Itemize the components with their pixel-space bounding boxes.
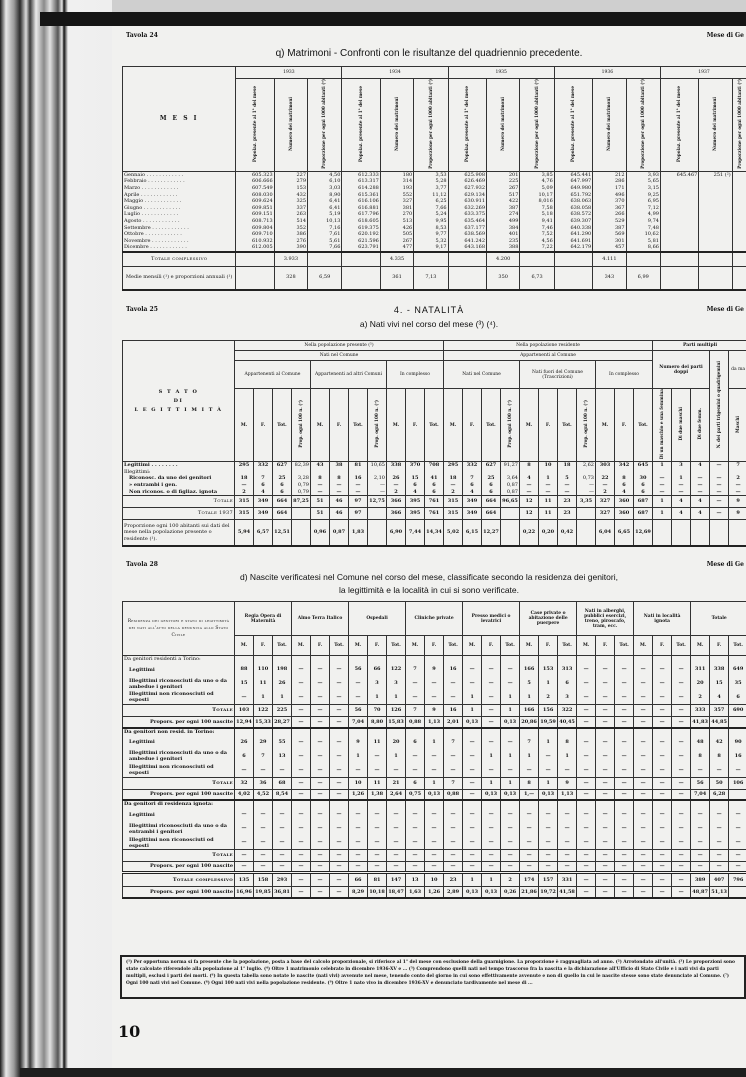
subcol-header: Popolaz. presente al 1° del mese bbox=[660, 79, 698, 172]
parti-doppi-header: Numero dei parti doppi bbox=[653, 351, 710, 389]
births-table: S T A T ODIL E G I T T I M I T À Nella p… bbox=[122, 340, 746, 547]
mft-header: F. bbox=[425, 636, 444, 656]
mft-header: F. bbox=[311, 636, 330, 656]
table-row: Non riconos. o di figliaz. ignota2460,79… bbox=[123, 489, 746, 496]
mft-header: Prop. ogni 100 n. (⁷) bbox=[501, 389, 520, 462]
table-row: Luglio . . . . . . . . . . . .609.151263… bbox=[123, 211, 746, 218]
month-label: Marzo . . . . . . . . . . . . bbox=[123, 185, 236, 192]
table-row: Illegittimi non riconosciuti od esposti—… bbox=[123, 836, 746, 850]
table-row: Ottobre . . . . . . . . . . . .609.71038… bbox=[123, 231, 746, 238]
parti-col-header: Di due maschi bbox=[672, 389, 691, 462]
subcol-header: Numero dei matrimoni bbox=[593, 79, 626, 172]
table-row: Illegittimi riconosciuti da uno o da amb… bbox=[123, 677, 746, 691]
year-header: 1937 bbox=[660, 67, 746, 79]
subcol-header: Proporzione per ogni 1000 abitanti (¹) bbox=[732, 79, 746, 172]
section-heading: Da genitori residenti a Torino: bbox=[123, 656, 235, 663]
mft-header: Tot. bbox=[330, 636, 349, 656]
mft-header: F. bbox=[615, 389, 634, 462]
mft-header: M. bbox=[520, 636, 539, 656]
table-row: Riconosc. da uno dei genitori187253,2888… bbox=[123, 475, 746, 482]
mft-header: M. bbox=[387, 389, 406, 462]
location-group-header: Case private o abitazione delle puerpere bbox=[520, 602, 577, 636]
mft-header: Tot. bbox=[558, 389, 577, 462]
mft-header: Prop. ogni 100 n. (⁷) bbox=[577, 389, 596, 462]
section-title: 4. - NATALITÀ bbox=[112, 305, 746, 315]
mft-header: Tot. bbox=[634, 389, 653, 462]
table-row: Gennaio . . . . . . . . . . . .605.32322… bbox=[123, 171, 746, 178]
tavola-24-label: Tavola 24 bbox=[126, 32, 158, 39]
mft-header: Tot. bbox=[558, 636, 577, 656]
appartenenti-header: Appartenenti al Comune bbox=[444, 351, 653, 361]
mft-header: F. bbox=[539, 636, 558, 656]
marriages-table: M E S I 1933 1934 1935 1936 1937 Popolaz… bbox=[122, 66, 746, 291]
subcol-header: Proporzione per ogni 1000 abitanti (¹) bbox=[414, 79, 448, 172]
medie-label: Medie mensili (¹) e proporzioni annuali … bbox=[123, 266, 236, 290]
subcol-header: Popolaz. presente al 1° del mese bbox=[448, 79, 486, 172]
table-row: » entrambi i gen.—660,79—————66—660,87——… bbox=[123, 482, 746, 489]
location-group-header: Almo Terra Italico bbox=[292, 602, 349, 636]
month-label: Agosto . . . . . . . . . . . . bbox=[123, 218, 236, 225]
table-row: Agosto . . . . . . . . . . . .608.713514… bbox=[123, 218, 746, 225]
mft-header: Tot. bbox=[615, 636, 634, 656]
table-row: Maggio . . . . . . . . . . . .609.624325… bbox=[123, 198, 746, 205]
mft-header: Prop. ogni 100 n. (⁷) bbox=[292, 389, 311, 462]
table-row: Totale 193731534966451469736639576131534… bbox=[123, 508, 746, 520]
scan-top-edge bbox=[40, 12, 746, 26]
residente-header: Nella popolazione residente bbox=[444, 341, 653, 351]
location-group-header: Presso medici o levatrici bbox=[463, 602, 520, 636]
mft-header: F. bbox=[596, 636, 615, 656]
table-row: Dicembre . . . . . . . . . . . .612.0053… bbox=[123, 244, 746, 252]
month-label: Maggio . . . . . . . . . . . . bbox=[123, 198, 236, 205]
mft-header: Tot. bbox=[501, 636, 520, 656]
mft-header: Tot. bbox=[672, 636, 691, 656]
mft-header: F. bbox=[254, 636, 273, 656]
mft-header: M. bbox=[444, 389, 463, 462]
nati-comune-header: Nati nel Comune bbox=[235, 351, 444, 361]
subcol-header: Popolaz. presente al 1° del mese bbox=[236, 79, 274, 172]
stato-legittimita-header: S T A T ODIL E G I T T I M I T À bbox=[123, 341, 235, 462]
month-label: Aprile . . . . . . . . . . . . bbox=[123, 192, 236, 199]
book-binding-edge bbox=[0, 0, 112, 1077]
subcol-header: Popolaz. presente al 1° del mese bbox=[554, 79, 592, 172]
table-row: Illegittimi non riconosciuti od esposti—… bbox=[123, 691, 746, 705]
subcol-header: Proporzione per ogni 1000 abitanti (¹) bbox=[520, 79, 554, 172]
subcol-header: Numero dei matrimoni bbox=[380, 79, 413, 172]
year-header: 1936 bbox=[554, 67, 660, 79]
mft-header: F. bbox=[254, 389, 273, 462]
year-header: 1933 bbox=[236, 67, 342, 79]
scan-bottom-edge bbox=[20, 1068, 746, 1077]
month-label: Ottobre . . . . . . . . . . . . bbox=[123, 231, 236, 238]
mft-header: M. bbox=[311, 389, 330, 462]
document-page: Tavola 24 Mese di Ge q) Matrimoni - Conf… bbox=[112, 26, 746, 1068]
table-row: Settembre . . . . . . . . . . . .609.804… bbox=[123, 225, 746, 232]
mft-header: F. bbox=[482, 636, 501, 656]
mft-header: M. bbox=[596, 389, 615, 462]
table-row: Legittimi . . . . . . . .29533262782,394… bbox=[123, 462, 746, 469]
month-label: Gennaio . . . . . . . . . . . . bbox=[123, 171, 236, 178]
parti-multipli-header: Parti multipli bbox=[653, 341, 746, 351]
section-heading: Da genitori non resid. in Torino: bbox=[123, 728, 235, 736]
mft-header: F. bbox=[368, 636, 387, 656]
location-group-header: Totale bbox=[691, 602, 746, 636]
subcol-header: Proporzione per ogni 1000 abitanti (¹) bbox=[626, 79, 660, 172]
subcol-header: Popolaz. presente al 1° del mese bbox=[342, 79, 380, 172]
location-group-header: Regia Opera di Maternità bbox=[235, 602, 292, 636]
mft-header: M. bbox=[634, 636, 653, 656]
mft-header: M. bbox=[349, 636, 368, 656]
table-row: Aprile . . . . . . . . . . . .608.030432… bbox=[123, 192, 746, 199]
mft-header: M. bbox=[235, 389, 254, 462]
mft-header: M. bbox=[463, 636, 482, 656]
year-header: 1934 bbox=[342, 67, 448, 79]
mft-header: F. bbox=[653, 636, 672, 656]
subcol-header: Numero dei matrimoni bbox=[487, 79, 520, 172]
mft-header: F. bbox=[406, 389, 425, 462]
mft-header: Prop. ogni 100 n. (⁷) bbox=[368, 389, 387, 462]
subcol-header: Numero dei matrimoni bbox=[699, 79, 732, 172]
table-row: Marzo . . . . . . . . . . . .607.5491533… bbox=[123, 185, 746, 192]
location-group-header: Cliniche private bbox=[406, 602, 463, 636]
mft-header: Tot. bbox=[729, 636, 746, 656]
mft-header: Tot. bbox=[425, 389, 444, 462]
subcol-header: Proporzione per ogni 1000 abitanti (¹) bbox=[308, 79, 342, 172]
mft-header: F. bbox=[330, 389, 349, 462]
table-row: Illegittimi: bbox=[123, 469, 746, 476]
mft-header: F. bbox=[539, 389, 558, 462]
month-label: Dicembre . . . . . . . . . . . . bbox=[123, 244, 236, 252]
location-group-header: Nati in alberghi, pubblici esercizi, tre… bbox=[577, 602, 634, 636]
mft-header: Tot. bbox=[482, 389, 501, 462]
mft-header: M. bbox=[691, 636, 710, 656]
subcol-header: Numero dei matrimoni bbox=[274, 79, 307, 172]
mft-header: Tot. bbox=[387, 636, 406, 656]
table-row: Febbraio . . . . . . . . . . . .606.6662… bbox=[123, 178, 746, 185]
mft-header: Tot. bbox=[273, 636, 292, 656]
mft-header: Tot. bbox=[273, 389, 292, 462]
section-heading: Da genitori di residenza ignota: bbox=[123, 800, 235, 808]
month-label: Luglio . . . . . . . . . . . . bbox=[123, 211, 236, 218]
mft-header: M. bbox=[406, 636, 425, 656]
table-row: Totale31534966487,2551469712,75366395761… bbox=[123, 496, 746, 508]
table-row: Legittimi——————————————————————————— bbox=[123, 808, 746, 822]
page-number: 10 bbox=[118, 1022, 140, 1041]
mft-header: M. bbox=[577, 636, 596, 656]
table-row: Legittimi262955———91120617———718——————48… bbox=[123, 735, 746, 749]
births-by-location-table: Residenza dei genitori e stato di legitt… bbox=[122, 601, 746, 899]
tavola-25-title: a) Nati vivi nel corso del mese (³) (⁴). bbox=[112, 319, 746, 329]
mft-header: Tot. bbox=[349, 389, 368, 462]
month-header: Mese di Ge bbox=[707, 561, 744, 568]
year-header: 1935 bbox=[448, 67, 554, 79]
mesi-header: M E S I bbox=[123, 67, 236, 172]
mft-header: M. bbox=[292, 636, 311, 656]
location-group-header: Ospedali bbox=[349, 602, 406, 636]
mft-header: F. bbox=[710, 636, 729, 656]
mft-header: M. bbox=[235, 636, 254, 656]
tavola-28-label: Tavola 28 bbox=[126, 561, 158, 568]
month-label: Settembre . . . . . . . . . . . . bbox=[123, 225, 236, 232]
presente-header: Nella popolazione presente (⁵) bbox=[235, 341, 444, 351]
residenza-header: Residenza dei genitori e stato di legitt… bbox=[123, 602, 235, 656]
table-row: Illegittimi non riconosciuti od esposti—… bbox=[123, 763, 746, 777]
table-row: Legittimi88110198———56661227916———166153… bbox=[123, 663, 746, 677]
tavola-24-title: q) Matrimoni - Confronti con le risultan… bbox=[112, 48, 746, 59]
mft-header: M. bbox=[520, 389, 539, 462]
parti-col-header: Di due femm. bbox=[691, 389, 710, 462]
month-header: Mese di Ge bbox=[707, 32, 744, 39]
table-row: Illegittimi riconosciuti da uno o da ent… bbox=[123, 822, 746, 836]
month-label: Novembre . . . . . . . . . . . . bbox=[123, 238, 236, 245]
tavola-28-title-2: la legittimità e la località in cui si s… bbox=[112, 585, 746, 595]
footnotes: (¹) Per opportuna norma si fa presente c… bbox=[120, 955, 746, 999]
parti-col-header: Di un maschio e una femmina bbox=[653, 389, 672, 462]
table-row: Illegittimi riconosciuti da uno o da amb… bbox=[123, 749, 746, 763]
mft-header: Tot. bbox=[444, 636, 463, 656]
month-label: Febbraio . . . . . . . . . . . . bbox=[123, 178, 236, 185]
tavola-28-title-1: d) Nascite verificatesi nel Comune nel c… bbox=[112, 572, 746, 582]
table-row: Giugno . . . . . . . . . . . .609.851337… bbox=[123, 205, 746, 212]
totale-label: Totale complessivo bbox=[123, 252, 236, 266]
table-row: Novembre . . . . . . . . . . . .610.9322… bbox=[123, 238, 746, 245]
month-label: Giugno . . . . . . . . . . . . bbox=[123, 205, 236, 212]
table-row: Proporzione ogni 100 abitanti sui dati d… bbox=[123, 520, 746, 546]
mft-header: F. bbox=[463, 389, 482, 462]
location-group-header: Nati in località ignota bbox=[634, 602, 691, 636]
